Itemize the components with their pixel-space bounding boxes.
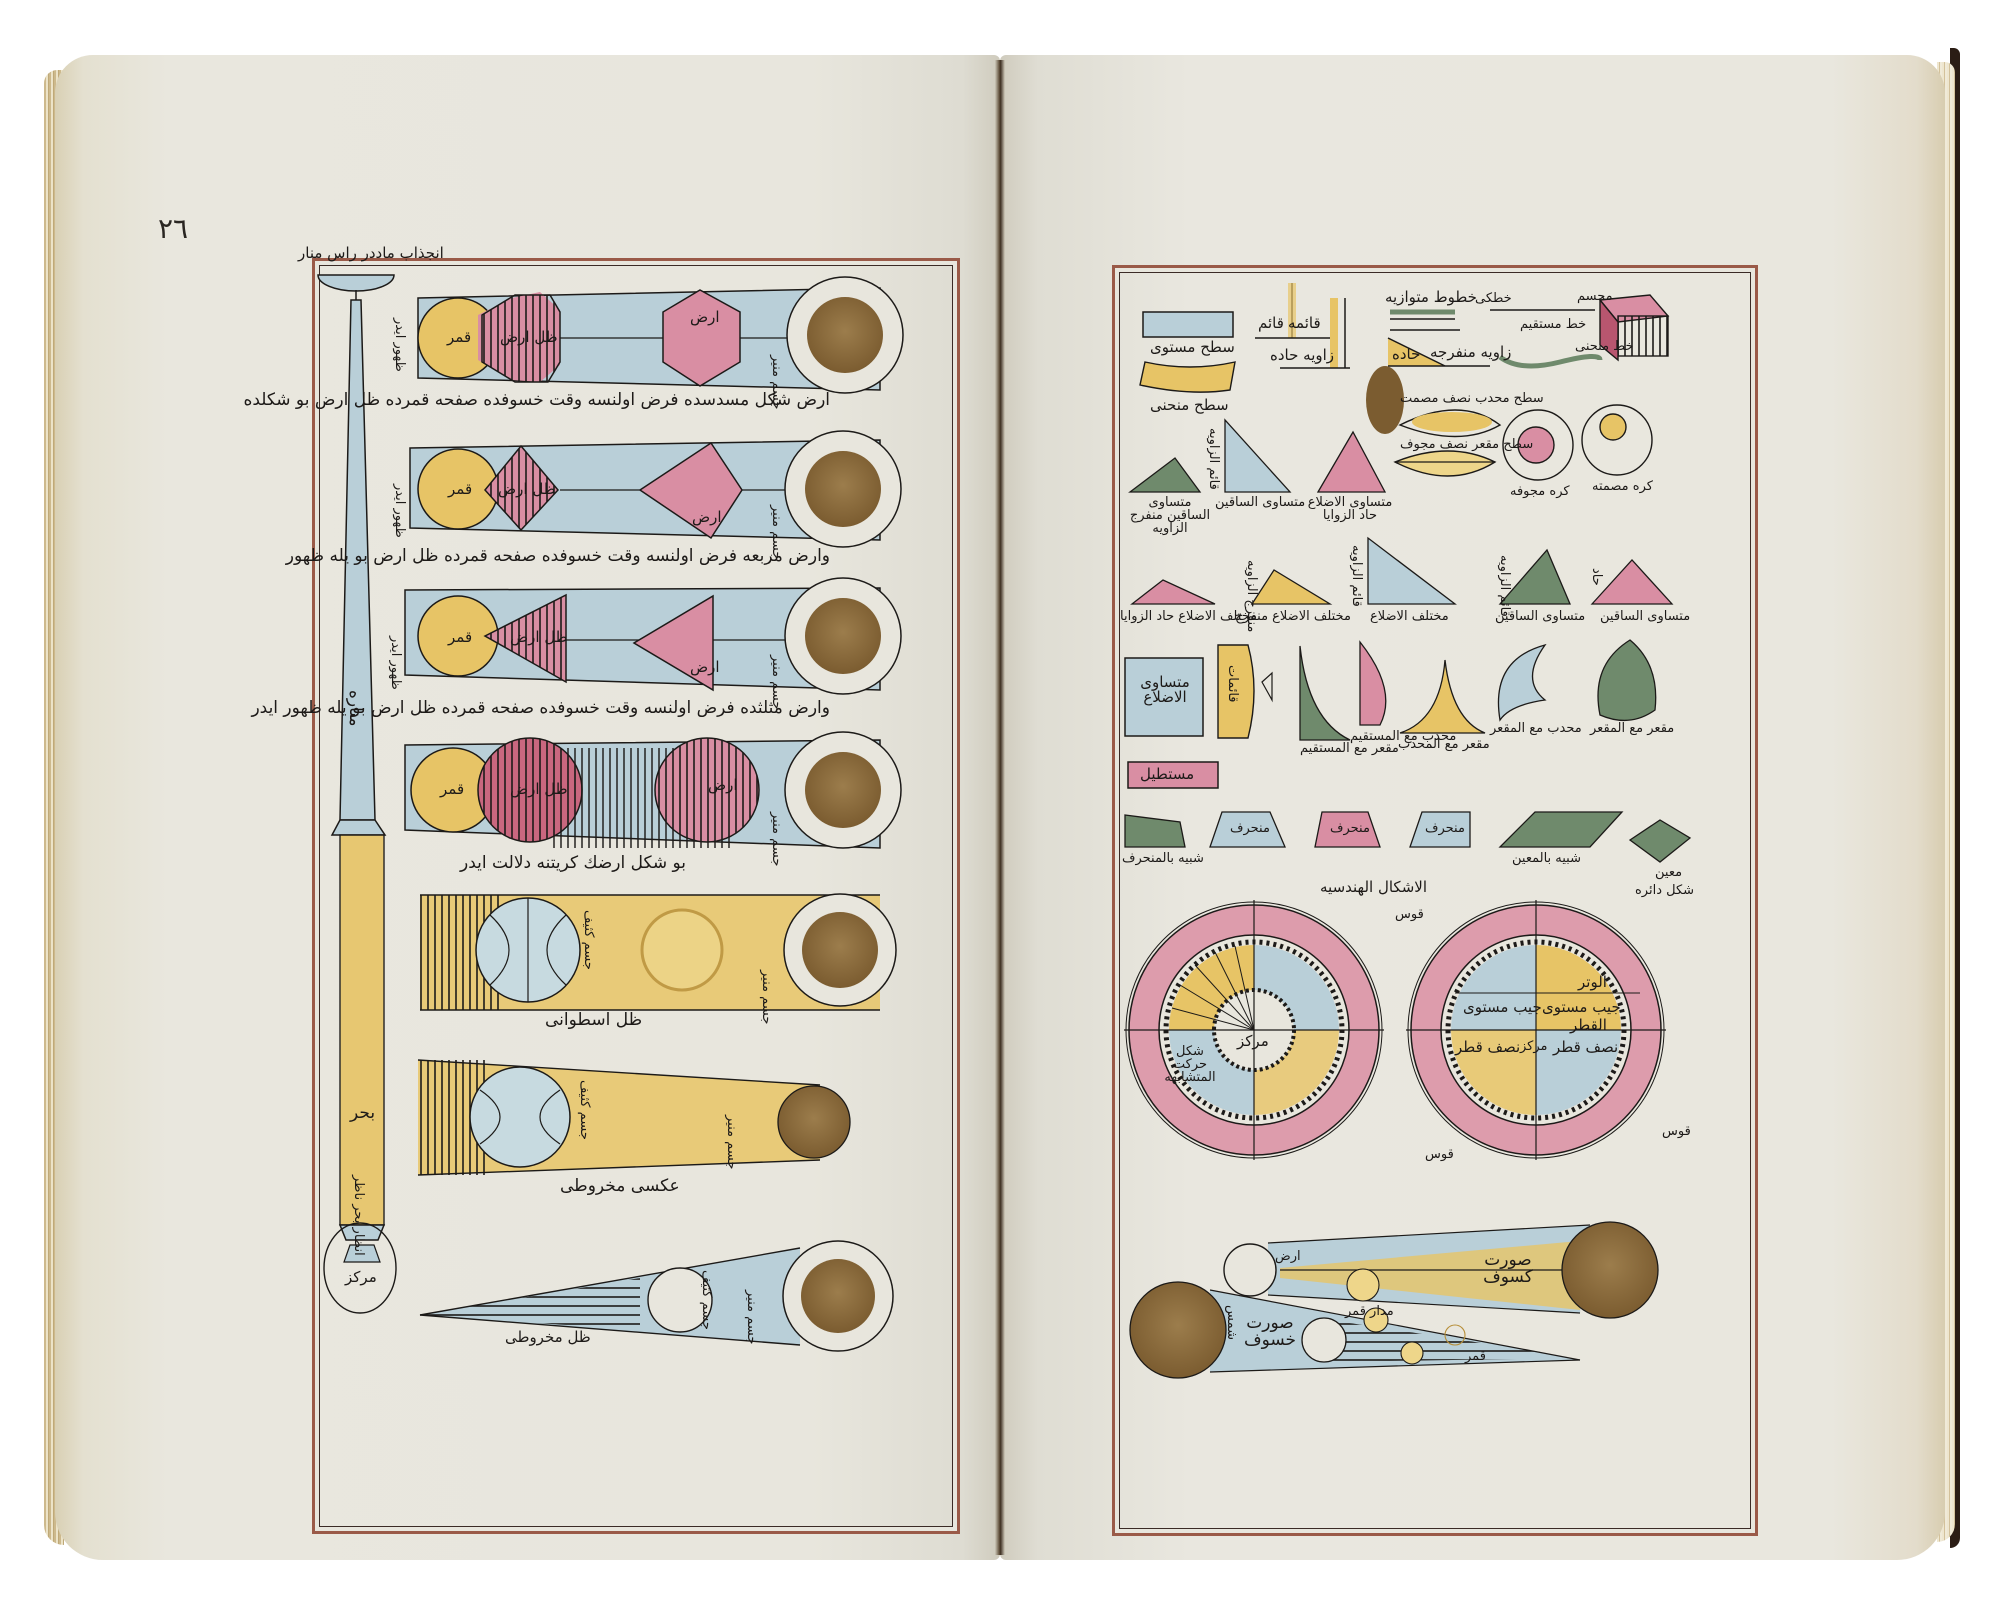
radius-right-label: نصف قطر (1553, 1040, 1618, 1055)
lighthouse-pole (318, 275, 396, 1313)
solid-sphere-label: كره مصمته (1592, 480, 1653, 493)
concave-concave-label: مقعر مع المقعر (1590, 722, 1674, 735)
row4-shadow-label: ظل ارض (510, 782, 568, 797)
right-angle-label-2: قائم (1258, 316, 1284, 331)
arc-right-label: قوس (1662, 1125, 1691, 1138)
left-geometric-circle (1124, 900, 1384, 1160)
arc-left-label: قوس (1425, 1148, 1454, 1161)
triangle-equilateral-label: متساوى الاضلاع حاد الزوايا (1305, 496, 1395, 522)
rectangle-label: مستطيل (1140, 767, 1194, 782)
eclipse-row-hexagon (418, 277, 903, 393)
row1-earth-label: ارض (690, 310, 720, 325)
left-circle-center-label: مركز (1237, 1034, 1269, 1049)
right-angles-label: قائمات (1226, 665, 1239, 703)
row2-caption: وارض مربعه فرض اولنسه وقت خسوفده صفحه قم… (400, 548, 830, 565)
triangle-isosceles-acute-label: متساوى الساقين (1600, 610, 1690, 623)
right-angle-label: قائمه (1288, 316, 1321, 331)
trapezoid-like-label: شبيه بالمنحرف (1122, 852, 1204, 865)
eclipse-row-triangle (405, 578, 901, 694)
triangle-scalene-right-label: مختلف الاضلاع (1370, 610, 1449, 623)
shadow-row-cone (420, 1241, 893, 1351)
trapezoid-label-3: منحرف (1425, 822, 1465, 835)
circle-shape-label: شكل دائره (1635, 884, 1694, 897)
triangle-scalene-obtuse-side: منفرج الزاويه (1245, 560, 1258, 632)
cube-label: مجسم (1577, 290, 1613, 303)
diameter-label: القطر (1570, 1018, 1607, 1033)
moon-orbit-label: مدار قمر (1345, 1305, 1394, 1318)
row2-side-label: ظهور ایدر (393, 484, 406, 538)
row2-earth-label: ارض (692, 510, 722, 525)
obtuse-angle-label: زاويه منفرجه (1430, 345, 1511, 360)
row1-shadow-label: ظل ارض (500, 330, 558, 345)
left-circle-arc-label: قوس (1395, 908, 1424, 921)
trapezoid-label-1: منحرف (1230, 822, 1270, 835)
triangle-isosceles-right-side: قائم الزاويه (1498, 555, 1511, 617)
solar-eclipse-label: صورت كسوف (1478, 1252, 1538, 1286)
row5-caption: ظل اسطوانى (545, 1012, 642, 1029)
quadrilaterals (1125, 812, 1690, 862)
eclipse-row-circle (405, 732, 901, 848)
row4-moon-label: قمر (440, 782, 464, 797)
row3-earth-label: ارض (690, 660, 720, 675)
straight-line-label: خط مستقيم (1520, 318, 1586, 331)
row1-moon-label: قمر (447, 330, 471, 345)
trapezoid-label-2: منحرف (1330, 822, 1370, 835)
row6-sun-label: جسم منير (725, 1115, 738, 1169)
geometric-shapes-title: الاشكال الهندسيه (1320, 880, 1427, 895)
left-circle-sector-label: شكل حركت المتشابهه (1160, 1045, 1220, 1084)
curved-shapes (1125, 640, 1656, 788)
eclipse-diagram (1130, 1222, 1658, 1378)
hollow-sphere-label: كره مجوفه (1510, 485, 1570, 498)
row6-caption: عكسى مخروطى (560, 1178, 680, 1195)
triangle-scalene-right-side: قائم الزاويه (1350, 545, 1363, 607)
equilateral-square-label: متساوى الاضلاع (1130, 675, 1200, 705)
triangle-isosceles-acute-side: حاد (1590, 568, 1603, 586)
acute-angle-corner-label: زاويه حاده (1270, 348, 1334, 363)
row5-sun-label: جسم منير (760, 970, 773, 1024)
curved-surface-label: سطح منحنى (1150, 398, 1229, 413)
row7-sun-label: جسم منير (745, 1290, 758, 1344)
convex-concave-label: محدب مع المقعر (1490, 722, 1582, 735)
parallel-mark-label: خطكى (1475, 292, 1512, 305)
right-circle-center-label: مركز (1520, 1040, 1548, 1053)
sine-left-label: جيب مستوى (1463, 1000, 1542, 1015)
row4-caption: بو شكل ارضك كريتنه دلالت ایدر (460, 855, 686, 872)
row7-body-label: جسم كثيف (700, 1270, 713, 1330)
shadow-row-cylindrical (420, 894, 896, 1010)
parallel-lines-label: خطوط متوازيه (1385, 290, 1477, 305)
illustrations (0, 0, 2000, 1599)
acute-label: حاده (1392, 347, 1420, 362)
row6-body-label: جسم كثيف (578, 1080, 591, 1140)
row7-caption: ظل مخروطى (505, 1330, 591, 1345)
eclipse-moon-label: قمر (1465, 1350, 1486, 1363)
row3-moon-label: قمر (448, 630, 472, 645)
row5-body-label: جسم كثيف (582, 910, 595, 970)
chord-label: الوتر (1578, 975, 1607, 990)
pole-lower-label: بحر (350, 1105, 375, 1122)
eclipse-row-square (410, 431, 901, 547)
lunar-eclipse-label: صورت خسوف (1240, 1315, 1300, 1349)
row3-caption: وارض مثلثده فرض اولنسه وقت خسوفده صفحه ق… (400, 700, 830, 717)
row1-caption: ارض شكل مسدسده فرض اولنسه وقت خسوفده صفح… (400, 392, 830, 409)
curved-line-label: خط منحنى (1575, 340, 1634, 353)
eclipse-earth-label: ارض (1275, 1250, 1301, 1263)
pole-top-label: انجذاب ماددر راس منار (298, 246, 444, 261)
right-geometric-circle (1406, 900, 1666, 1160)
triangle-right-isosceles-side: قائم الزاويه (1207, 428, 1220, 490)
row2-shadow-label: ظل ارض (498, 482, 556, 497)
row1-side-label: ظهور ایدر (393, 318, 406, 372)
triangle-obtuse-isosceles-label: متساوى الساقين منفرج الزاويه (1125, 496, 1215, 535)
rhomboid-label: شبيه بالمعين (1512, 852, 1581, 865)
row3-side-label: ظهور ایدر (389, 636, 402, 690)
pole-base-label: انظار بحر ناظر (352, 1175, 365, 1256)
convex-half-label: سطح محدب نصف مصمت (1400, 392, 1544, 405)
row4-sun-label: جسم منير (770, 812, 783, 866)
eclipse-sun-label: شمس (1225, 1305, 1238, 1340)
row2-moon-label: قمر (448, 482, 472, 497)
row4-earth-label: ارض (708, 778, 738, 793)
concave-half-label: سطح مقعر نصف مجوف (1400, 438, 1533, 451)
sine-right-label: جيب مستوى (1542, 1000, 1621, 1015)
shadow-row-reverse-cone (418, 1060, 850, 1175)
pole-center-label: مركز (345, 1270, 377, 1285)
radius-left-label: نصف قطر (1455, 1040, 1520, 1055)
triangle-right-isosceles-label: متساوى الساقين (1215, 496, 1305, 509)
triangles-row-1 (1130, 420, 1385, 492)
flat-surface-label: سطح مستوى (1150, 340, 1235, 355)
concave-convex-label: مقعر مع المحدب (1398, 738, 1490, 751)
open-manuscript: ٢٦ (0, 0, 2000, 1599)
rhombus-label: معين (1655, 866, 1682, 879)
row3-shadow-label: ظل ارض (510, 630, 568, 645)
